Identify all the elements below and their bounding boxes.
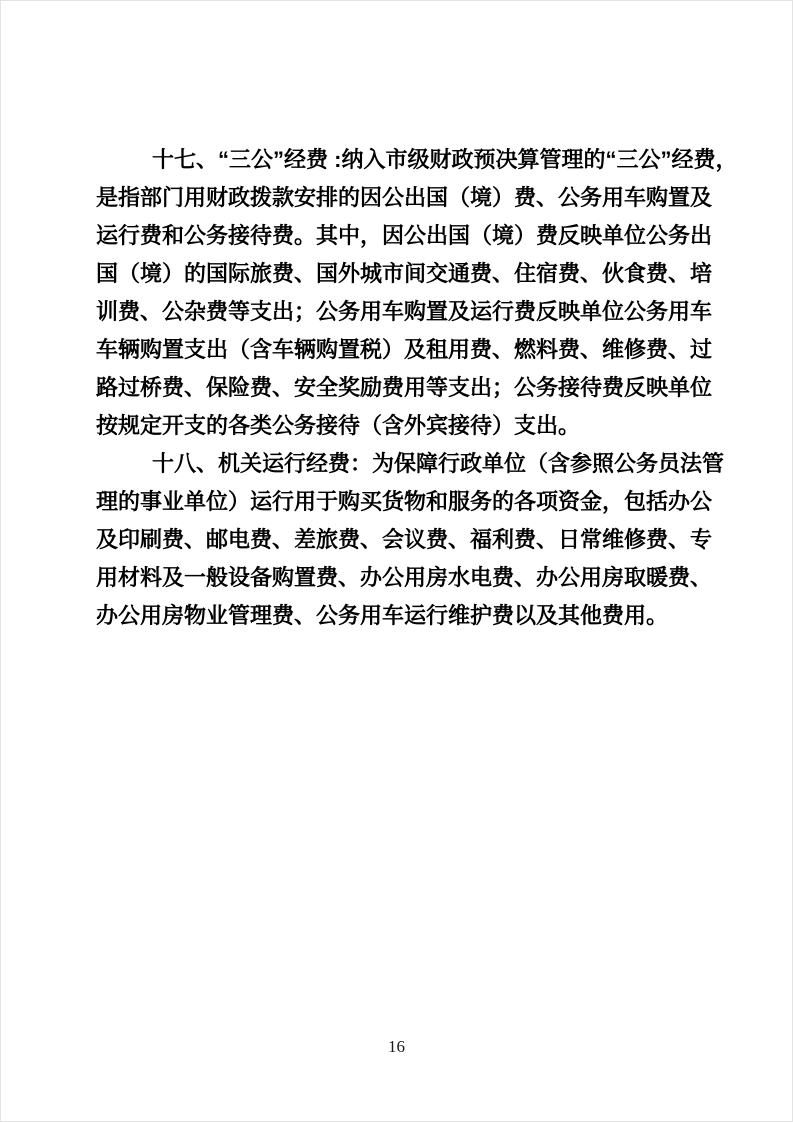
text-line: 按规定开支的各类公务接待（含外宾接待）支出。 xyxy=(96,407,706,445)
paragraph-item-17-sangong-expenses: 十七、“三公”经费 :纳入市级财政预决算管理的“三公”经费，是指部门用财政拨款安… xyxy=(96,141,706,445)
document-page: 十七、“三公”经费 :纳入市级财政预决算管理的“三公”经费，是指部门用财政拨款安… xyxy=(0,0,793,1122)
text-line: 国（境）的国际旅费、国外城市间交通费、住宿费、伙食费、培 xyxy=(96,255,706,293)
paragraph-item-18-agency-operating-expenses: 十八、机关运行经费：为保障行政单位（含参照公务员法管理的事业单位）运行用于购买货… xyxy=(96,445,706,635)
text-line: 车辆购置支出（含车辆购置税）及租用费、燃料费、维修费、过 xyxy=(96,331,706,369)
page-number: 16 xyxy=(1,1037,792,1057)
text-line: 十八、机关运行经费：为保障行政单位（含参照公务员法管 xyxy=(96,445,706,483)
text-line: 理的事业单位）运行用于购买货物和服务的各项资金，包括办公 xyxy=(96,483,706,521)
text-line: 运行费和公务接待费。其中，因公出国（境）费反映单位公务出 xyxy=(96,217,706,255)
text-line: 用材料及一般设备购置费、办公用房水电费、办公用房取暖费、 xyxy=(96,559,706,597)
document-body: 十七、“三公”经费 :纳入市级财政预决算管理的“三公”经费，是指部门用财政拨款安… xyxy=(96,141,706,635)
text-line: 是指部门用财政拨款安排的因公出国（境）费、公务用车购置及 xyxy=(96,179,706,217)
text-line: 十七、“三公”经费 :纳入市级财政预决算管理的“三公”经费， xyxy=(96,141,706,179)
text-line: 及印刷费、邮电费、差旅费、会议费、福利费、日常维修费、专 xyxy=(96,521,706,559)
text-line: 办公用房物业管理费、公务用车运行维护费以及其他费用。 xyxy=(96,597,706,635)
text-line: 路过桥费、保险费、安全奖励费用等支出；公务接待费反映单位 xyxy=(96,369,706,407)
text-line: 训费、公杂费等支出；公务用车购置及运行费反映单位公务用车 xyxy=(96,293,706,331)
